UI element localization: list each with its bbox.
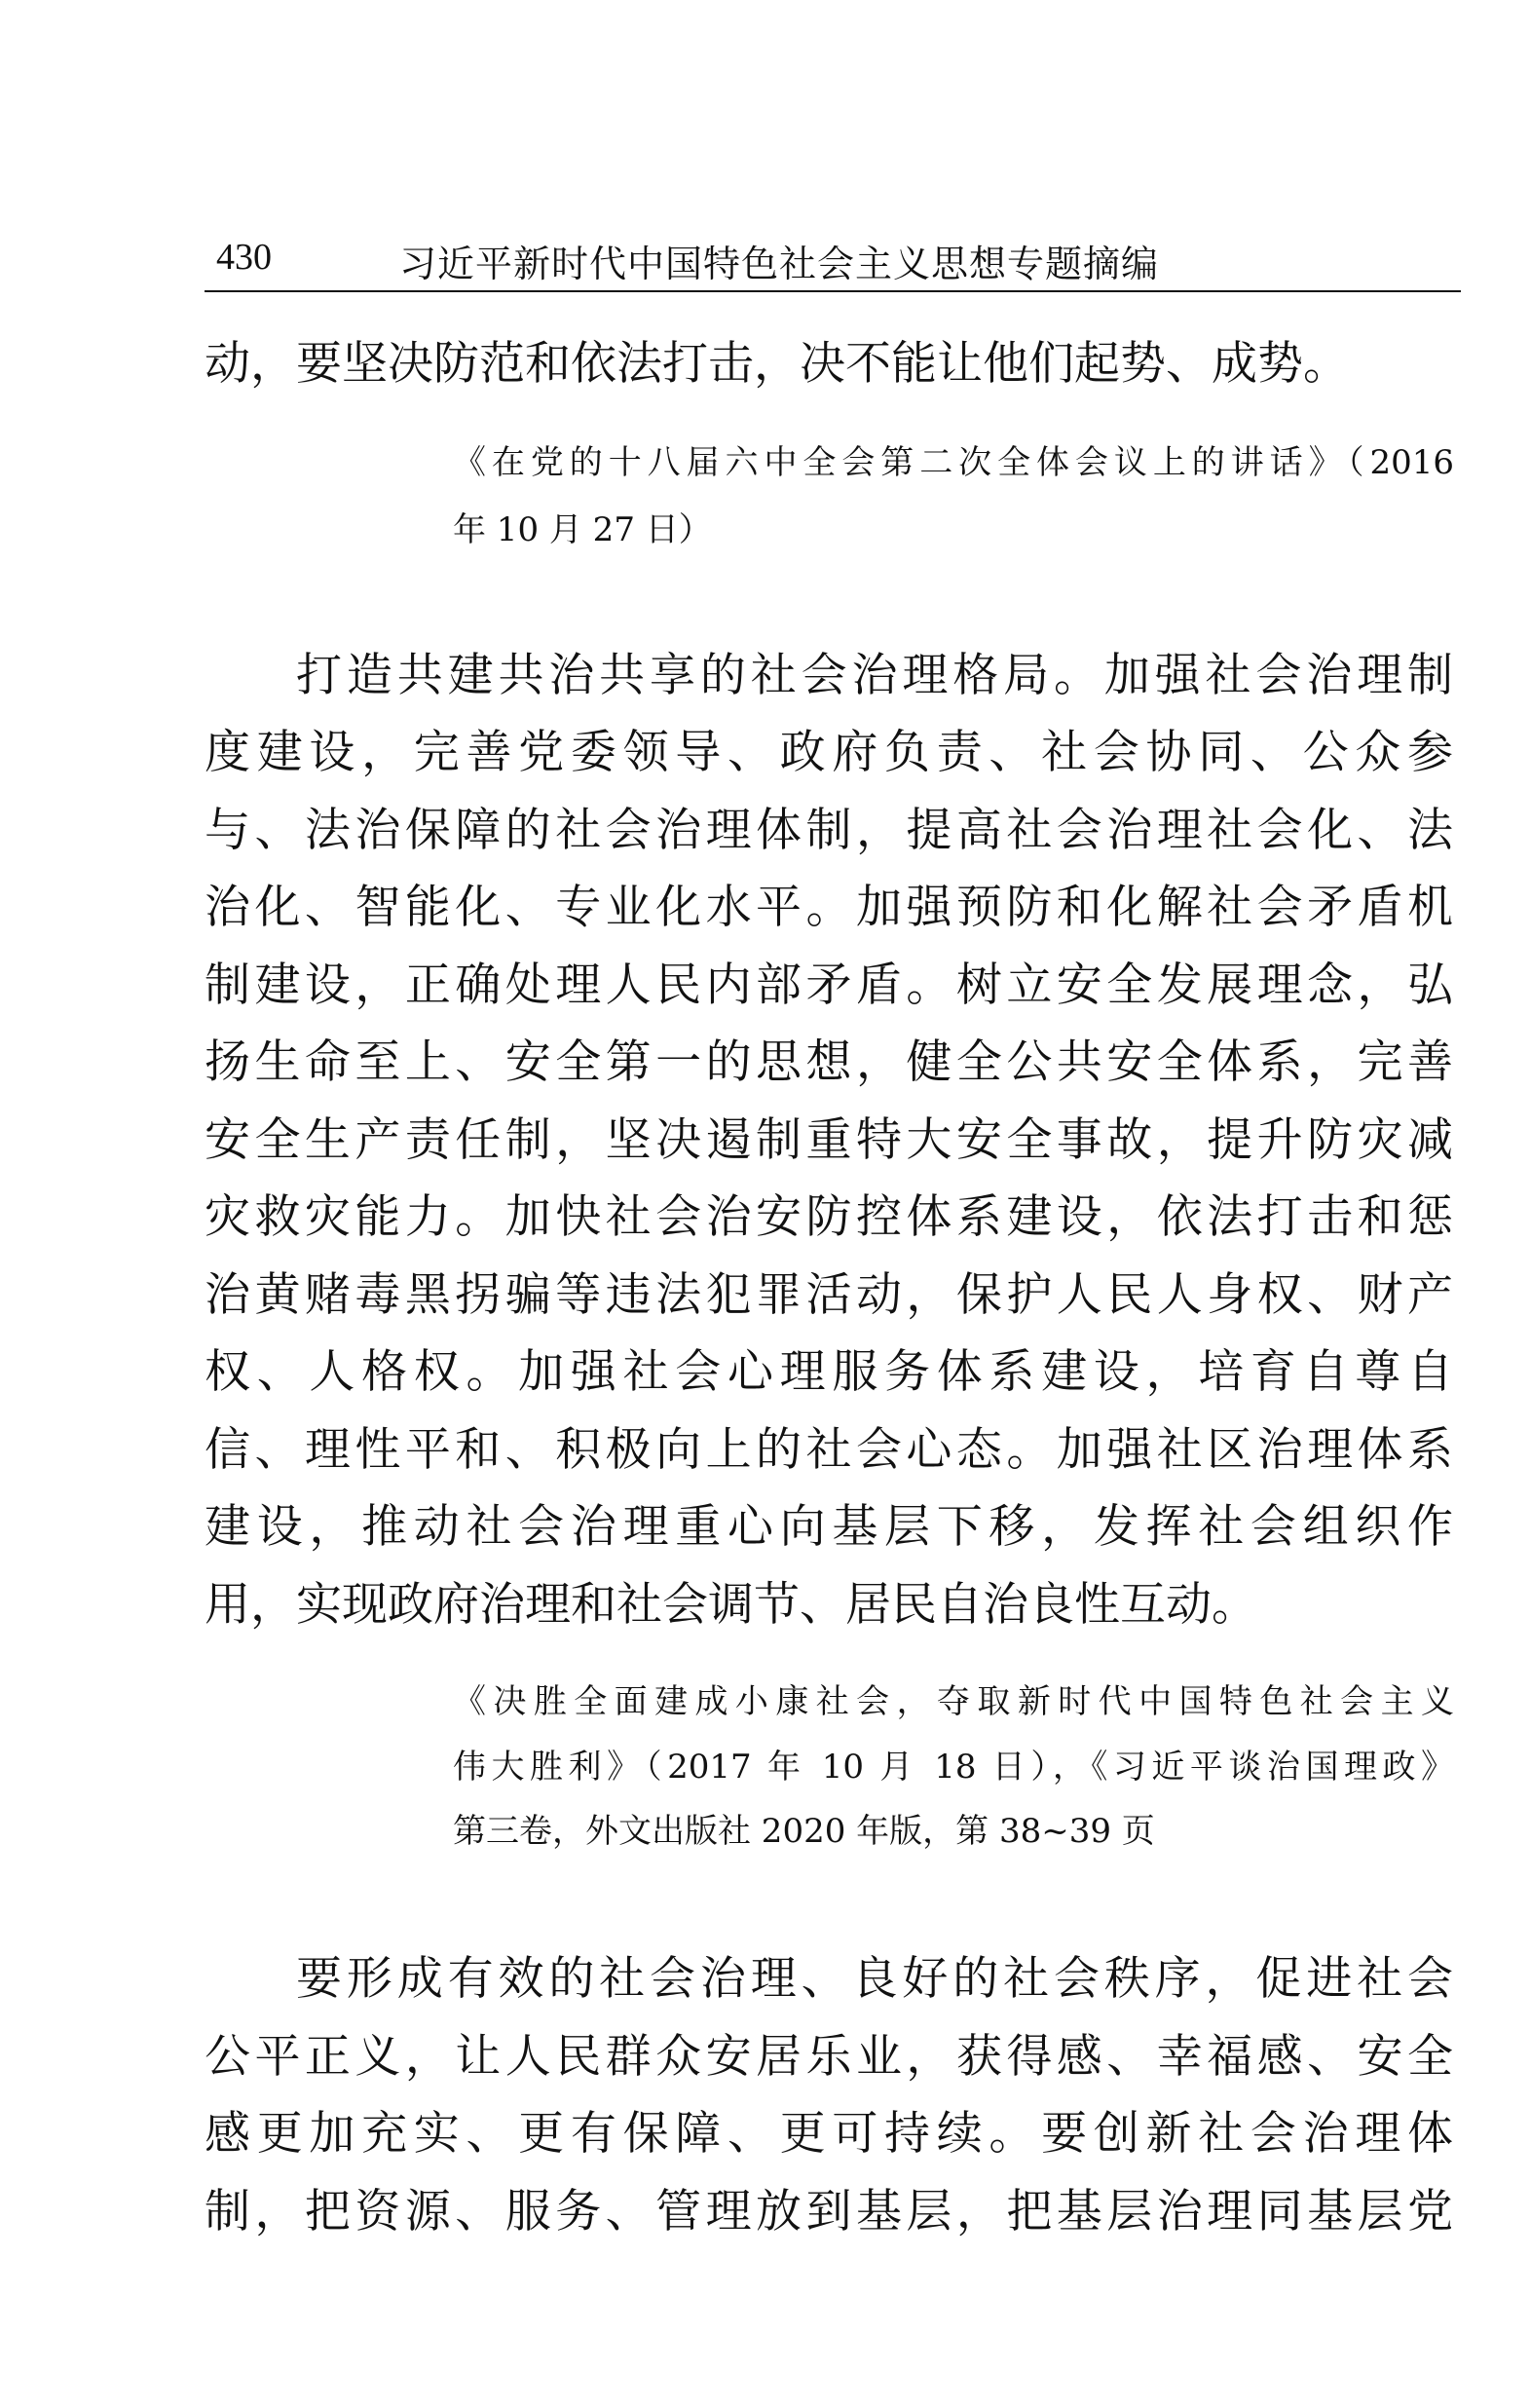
running-title: 习近平新时代中国特色社会主义思想专题摘编 — [399, 234, 1159, 287]
citation-line: 《决胜全面建成小康社会，夺取新时代中国特色社会主义 — [453, 1685, 1454, 1718]
citation-line: 年 10 月 27 日） — [453, 513, 1454, 546]
paragraph-line: 制，把资源、服务、管理放到基层，把基层治理同基层党 — [205, 2189, 1453, 2235]
paragraph-line: 治黄赌毒黑拐骗等违法犯罪活动，保护人民人身权、财产 — [205, 1272, 1453, 1318]
paragraph-line: 灾救灾能力。加快社会治安防控体系建设，依法打击和惩 — [205, 1194, 1453, 1240]
paragraph-line: 打造共建共治共享的社会治理格局。加强社会治理制 — [296, 653, 1453, 698]
paragraph-line: 权、人格权。加强社会心理服务体系建设，培育自尊自 — [205, 1349, 1453, 1395]
paragraph-line: 要形成有效的社会治理、良好的社会秩序，促进社会 — [296, 1956, 1453, 2002]
paragraph-line: 感更加充实、更有保障、更可持续。要创新社会治理体 — [205, 2111, 1453, 2157]
header-rule — [205, 290, 1461, 292]
paragraph-line: 扬生命至上、安全第一的思想，健全公共安全体系，完善 — [205, 1039, 1453, 1085]
paragraph-line: 与、法治保障的社会治理体制，提高社会治理社会化、法 — [205, 808, 1453, 853]
page-number: 430 — [216, 236, 272, 279]
paragraph-line: 信、理性平和、积极向上的社会心态。加强社区治理体系 — [205, 1427, 1453, 1473]
page-header: 430 习近平新时代中国特色社会主义思想专题摘编 — [205, 230, 1461, 292]
citation-line: 第三卷，外文出版社 2020 年版，第 38~39 页 — [453, 1815, 1454, 1848]
paragraph-line: 安全生产责任制，坚决遏制重特大安全事故，提升防灾减 — [205, 1117, 1453, 1163]
paragraph-line: 制建设，正确处理人民内部矛盾。树立安全发展理念，弘 — [205, 962, 1453, 1008]
paragraph-line: 动，要坚决防范和依法打击，决不能让他们起势、成势。 — [205, 341, 1453, 387]
book-page: 430 习近平新时代中国特色社会主义思想专题摘编 动，要坚决防范和依法打击，决不… — [0, 0, 1530, 2408]
citation-line: 伟大胜利》（2017 年 10 月 18 日），《习近平谈治国理政》 — [453, 1750, 1454, 1784]
paragraph-line: 治化、智能化、专业化水平。加强预防和化解社会矛盾机 — [205, 884, 1453, 930]
paragraph-line: 建设，推动社会治理重心向基层下移，发挥社会组织作 — [205, 1504, 1453, 1550]
paragraph-line: 度建设，完善党委领导、政府负责、社会协同、公众参 — [205, 730, 1453, 775]
paragraph-line: 公平正义，让人民群众安居乐业，获得感、幸福感、安全 — [205, 2034, 1453, 2080]
paragraph-line: 用，实现政府治理和社会调节、居民自治良性互动。 — [205, 1582, 1453, 1628]
citation-line: 《在党的十八届六中全会第二次全体会议上的讲话》（2016 — [453, 446, 1454, 479]
